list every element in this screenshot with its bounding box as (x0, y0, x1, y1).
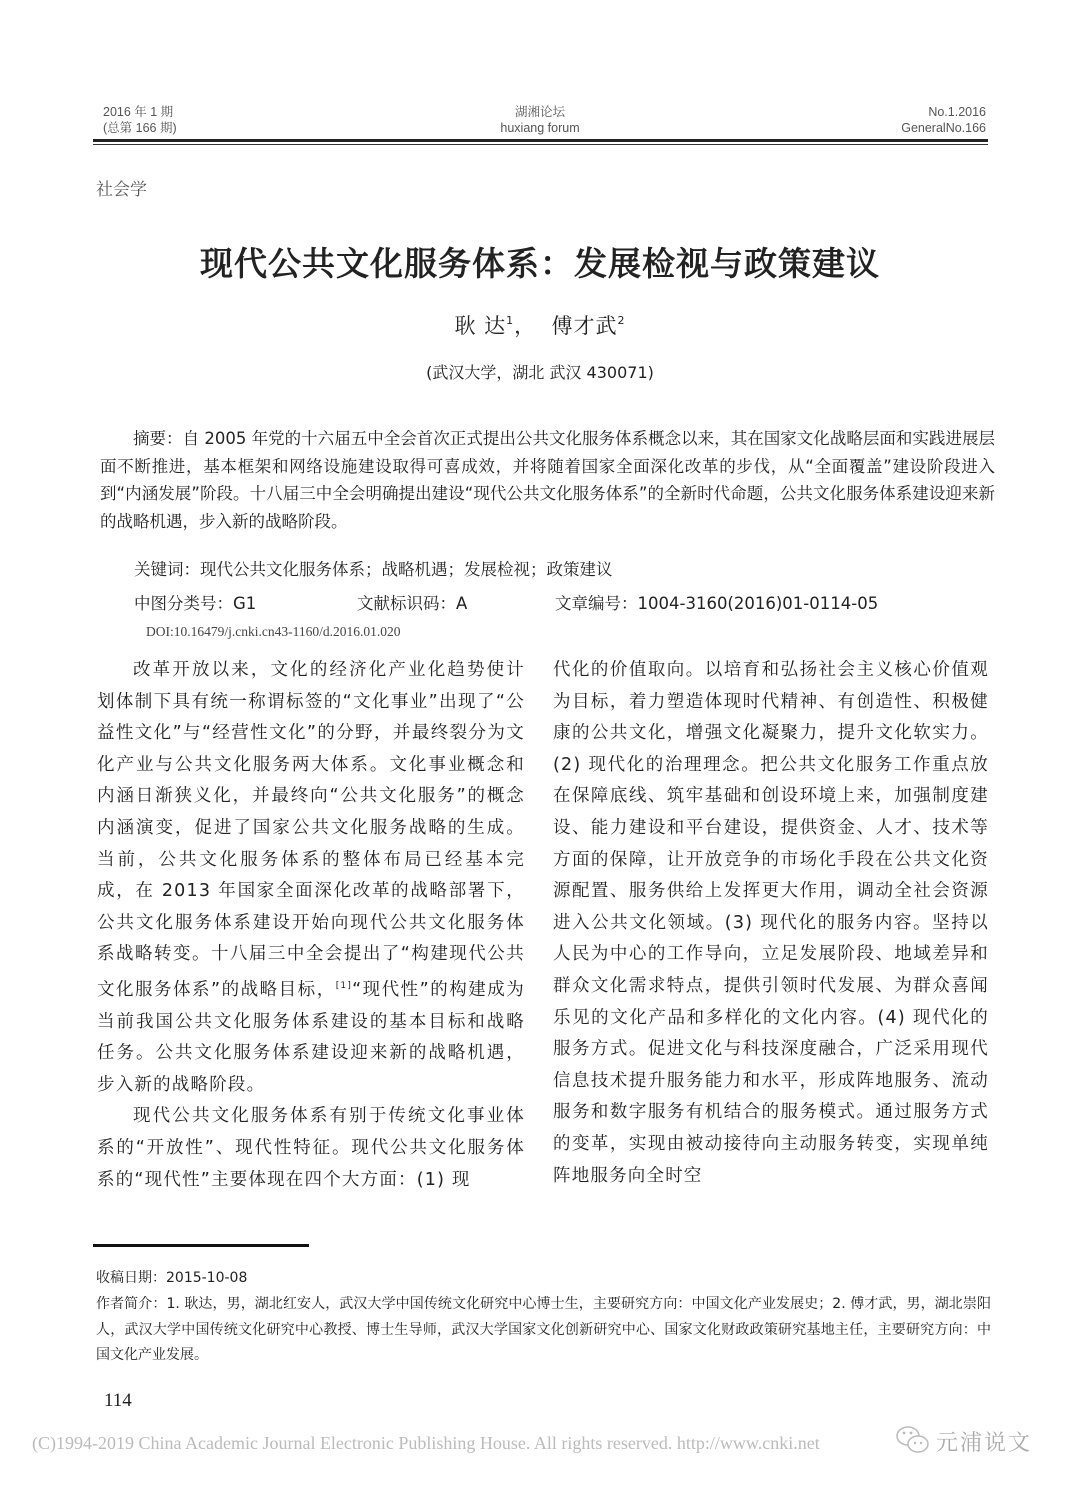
affiliation: (武汉大学，湖北 武汉 430071) (0, 360, 1080, 383)
body-text: 改革开放以来，文化的经济化产业化趋势使计划体制下具有统一称谓标签的“文化事业”出… (97, 660, 525, 1000)
body-left-column: 改革开放以来，文化的经济化产业化趋势使计划体制下具有统一称谓标签的“文化事业”出… (97, 655, 525, 1196)
footnote-rule (93, 1244, 309, 1247)
header-number-general: GeneralNo.166 (901, 120, 986, 136)
doi[interactable]: DOI:10.16479/j.cnki.cn43-1160/d.2016.01.… (146, 624, 400, 640)
header-issue-total: (总第 166 期) (103, 120, 177, 136)
body-paragraph: 改革开放以来，文化的经济化产业化趋势使计划体制下具有统一称谓标签的“文化事业”出… (97, 655, 525, 1101)
header-journal: 湖湘论坛 huxiang forum (440, 104, 640, 136)
keywords-text: 现代公共文化服务体系；战略机遇；发展检视；政策建议 (200, 560, 613, 579)
article-number-value: 1004-3160(2016)01-0114-05 (638, 594, 879, 613)
header-number: No.1.2016 GeneralNo.166 (901, 104, 986, 136)
author-name: 耿 达 (454, 314, 506, 338)
wechat-icon (893, 1423, 933, 1459)
header-journal-cn: 湖湘论坛 (440, 104, 640, 120)
clc-value: G1 (233, 594, 256, 613)
watermark-text: 元浦说文 (936, 1426, 1032, 1457)
author-separator: ， (514, 314, 536, 338)
clc-number: 中图分类号：G1 (134, 590, 256, 614)
article-number: 文章编号：1004-3160(2016)01-0114-05 (555, 590, 878, 614)
header-journal-en: huxiang forum (440, 120, 640, 136)
keywords-label: 关键词： (134, 560, 200, 579)
author-affil-mark: 1 (506, 314, 514, 327)
header-number-year: No.1.2016 (901, 104, 986, 120)
copyright-line: (C)1994-2019 China Academic Journal Elec… (32, 1433, 820, 1454)
article-number-label: 文章编号： (555, 594, 638, 613)
page-number: 114 (104, 1390, 132, 1412)
abstract-text: 自 2005 年党的十六届五中全会首次正式提出公共文化服务体系概念以来，其在国家… (100, 429, 995, 531)
article-title: 现代公共文化服务体系：发展检视与政策建议 (0, 238, 1080, 285)
body-paragraph: 现代公共文化服务体系有别于传统文化事业体系的“开放性”、现代性特征。现代公共文化… (97, 1101, 525, 1196)
document-code-label: 文献标识码： (357, 594, 456, 613)
section-label: 社会学 (96, 175, 147, 200)
keywords: 关键词：现代公共文化服务体系；战略机遇；发展检视；政策建议 (134, 556, 613, 580)
citation-ref[interactable]: [1] (336, 981, 352, 991)
header-issue-year: 2016 年 1 期 (103, 104, 177, 120)
author-affil-mark: 2 (618, 314, 626, 327)
abstract-label: 摘要： (133, 429, 183, 448)
abstract: 摘要：自 2005 年党的十六届五中全会首次正式提出公共文化服务体系概念以来，其… (100, 425, 995, 535)
header-rule-thick (93, 139, 988, 142)
author-name: 傅才武 (552, 314, 618, 338)
header-issue: 2016 年 1 期 (总第 166 期) (103, 104, 177, 136)
document-code: 文献标识码：A (357, 590, 467, 614)
document-code-value: A (456, 594, 467, 613)
body-right-column: 代化的价值取向。以培育和弘扬社会主义核心价值观为目标，着力塑造体现时代精神、有创… (553, 655, 989, 1192)
author-list: 耿 达1， 傅才武2 (0, 310, 1080, 340)
clc-label: 中图分类号： (134, 594, 233, 613)
header-rule-thin (93, 144, 988, 145)
footnote-received: 收稿日期：2015-10-08 (96, 1266, 991, 1292)
footnote-author-bio: 作者简介：1. 耿达，男，湖北红安人，武汉大学中国传统文化研究中心博士生，主要研… (96, 1292, 991, 1369)
body-paragraph: 代化的价值取向。以培育和弘扬社会主义核心价值观为目标，着力塑造体现时代精神、有创… (553, 655, 989, 1192)
